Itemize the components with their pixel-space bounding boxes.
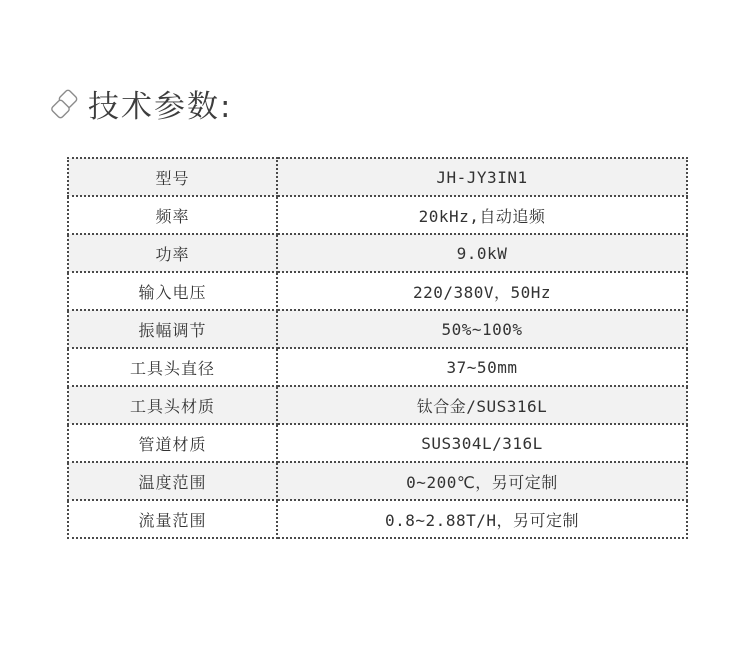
spec-value: 0~200℃，另可定制: [277, 462, 687, 500]
spec-table-body: 型号JH-JY3IN1频率20kHz,自动追频功率9.0kW输入电压220/38…: [68, 158, 687, 538]
table-row: 输入电压220/380V，50Hz: [68, 272, 687, 310]
double-diamond-icon: [48, 82, 82, 132]
table-row: 频率20kHz,自动追频: [68, 196, 687, 234]
spec-label: 管道材质: [68, 424, 277, 462]
spec-label: 工具头材质: [68, 386, 277, 424]
spec-value: 50%~100%: [277, 310, 687, 348]
table-row: 工具头材质钛合金/SUS316L: [68, 386, 687, 424]
spec-label: 工具头直径: [68, 348, 277, 386]
spec-value: 钛合金/SUS316L: [277, 386, 687, 424]
spec-label: 温度范围: [68, 462, 277, 500]
spec-label: 功率: [68, 234, 277, 272]
spec-value: 20kHz,自动追频: [277, 196, 687, 234]
spec-table: 型号JH-JY3IN1频率20kHz,自动追频功率9.0kW输入电压220/38…: [67, 157, 688, 539]
table-row: 温度范围0~200℃，另可定制: [68, 462, 687, 500]
spec-value: JH-JY3IN1: [277, 158, 687, 196]
spec-label: 输入电压: [68, 272, 277, 310]
spec-value: 220/380V，50Hz: [277, 272, 687, 310]
spec-value: 0.8~2.88T/H，另可定制: [277, 500, 687, 538]
table-row: 流量范围0.8~2.88T/H，另可定制: [68, 500, 687, 538]
section-title: 技术参数:: [88, 84, 232, 130]
table-row: 管道材质SUS304L/316L: [68, 424, 687, 462]
table-row: 型号JH-JY3IN1: [68, 158, 687, 196]
spec-label: 频率: [68, 196, 277, 234]
page: 技术参数: 型号JH-JY3IN1频率20kHz,自动追频功率9.0kW输入电压…: [0, 0, 750, 652]
spec-label: 型号: [68, 158, 277, 196]
table-row: 工具头直径37~50mm: [68, 348, 687, 386]
table-row: 功率9.0kW: [68, 234, 687, 272]
section-header: 技术参数:: [48, 82, 232, 132]
spec-label: 振幅调节: [68, 310, 277, 348]
spec-value: 9.0kW: [277, 234, 687, 272]
spec-label: 流量范围: [68, 500, 277, 538]
spec-value: SUS304L/316L: [277, 424, 687, 462]
spec-value: 37~50mm: [277, 348, 687, 386]
table-row: 振幅调节50%~100%: [68, 310, 687, 348]
